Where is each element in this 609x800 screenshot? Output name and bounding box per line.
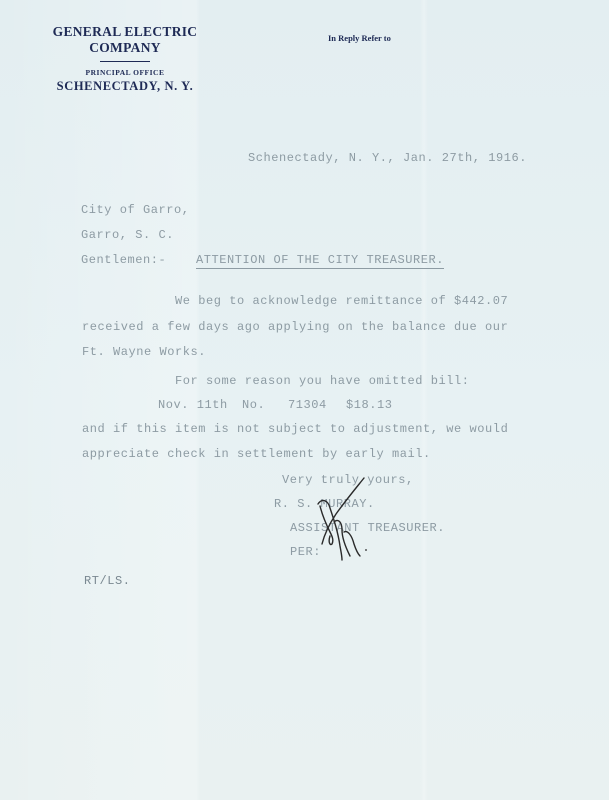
office-city: SCHENECTADY, N. Y. — [20, 79, 230, 94]
attention-line: ATTENTION OF THE CITY TREASURER. — [196, 253, 444, 267]
body-p3-line-2: appreciate check in settlement by early … — [82, 447, 431, 461]
body-p1-line-3: Ft. Wayne Works. — [82, 345, 206, 359]
company-name: GENERAL ELECTRIC COMPANY — [20, 24, 230, 56]
bill-date: Nov. 11th — [158, 398, 228, 412]
reply-reference-label: In Reply Refer to — [328, 33, 391, 43]
body-p1-line-1: We beg to acknowledge remittance of $442… — [175, 294, 508, 308]
recipient-line-2: Garro, S. C. — [81, 228, 174, 242]
body-p3-line-1: and if this item is not subject to adjus… — [82, 422, 508, 436]
bill-amount: $18.13 — [346, 398, 393, 412]
letterhead: GENERAL ELECTRIC COMPANY PRINCIPAL OFFIC… — [20, 24, 230, 94]
attention-text: ATTENTION OF THE CITY TREASURER. — [196, 253, 444, 269]
body-p1-line-2: received a few days ago applying on the … — [82, 320, 508, 334]
recipient-line-1: City of Garro, — [81, 203, 190, 217]
body-p2-line-1: For some reason you have omitted bill: — [175, 374, 470, 388]
letterhead-divider — [100, 61, 150, 62]
bill-number: 71304 — [288, 398, 327, 412]
date-line: Schenectady, N. Y., Jan. 27th, 1916. — [248, 151, 527, 165]
bill-number-label: No. — [242, 398, 265, 412]
reference-initials: RT/LS. — [84, 574, 131, 588]
handwritten-signature-icon — [312, 474, 368, 570]
office-label: PRINCIPAL OFFICE — [20, 68, 230, 77]
salutation: Gentlemen:- — [81, 253, 166, 267]
